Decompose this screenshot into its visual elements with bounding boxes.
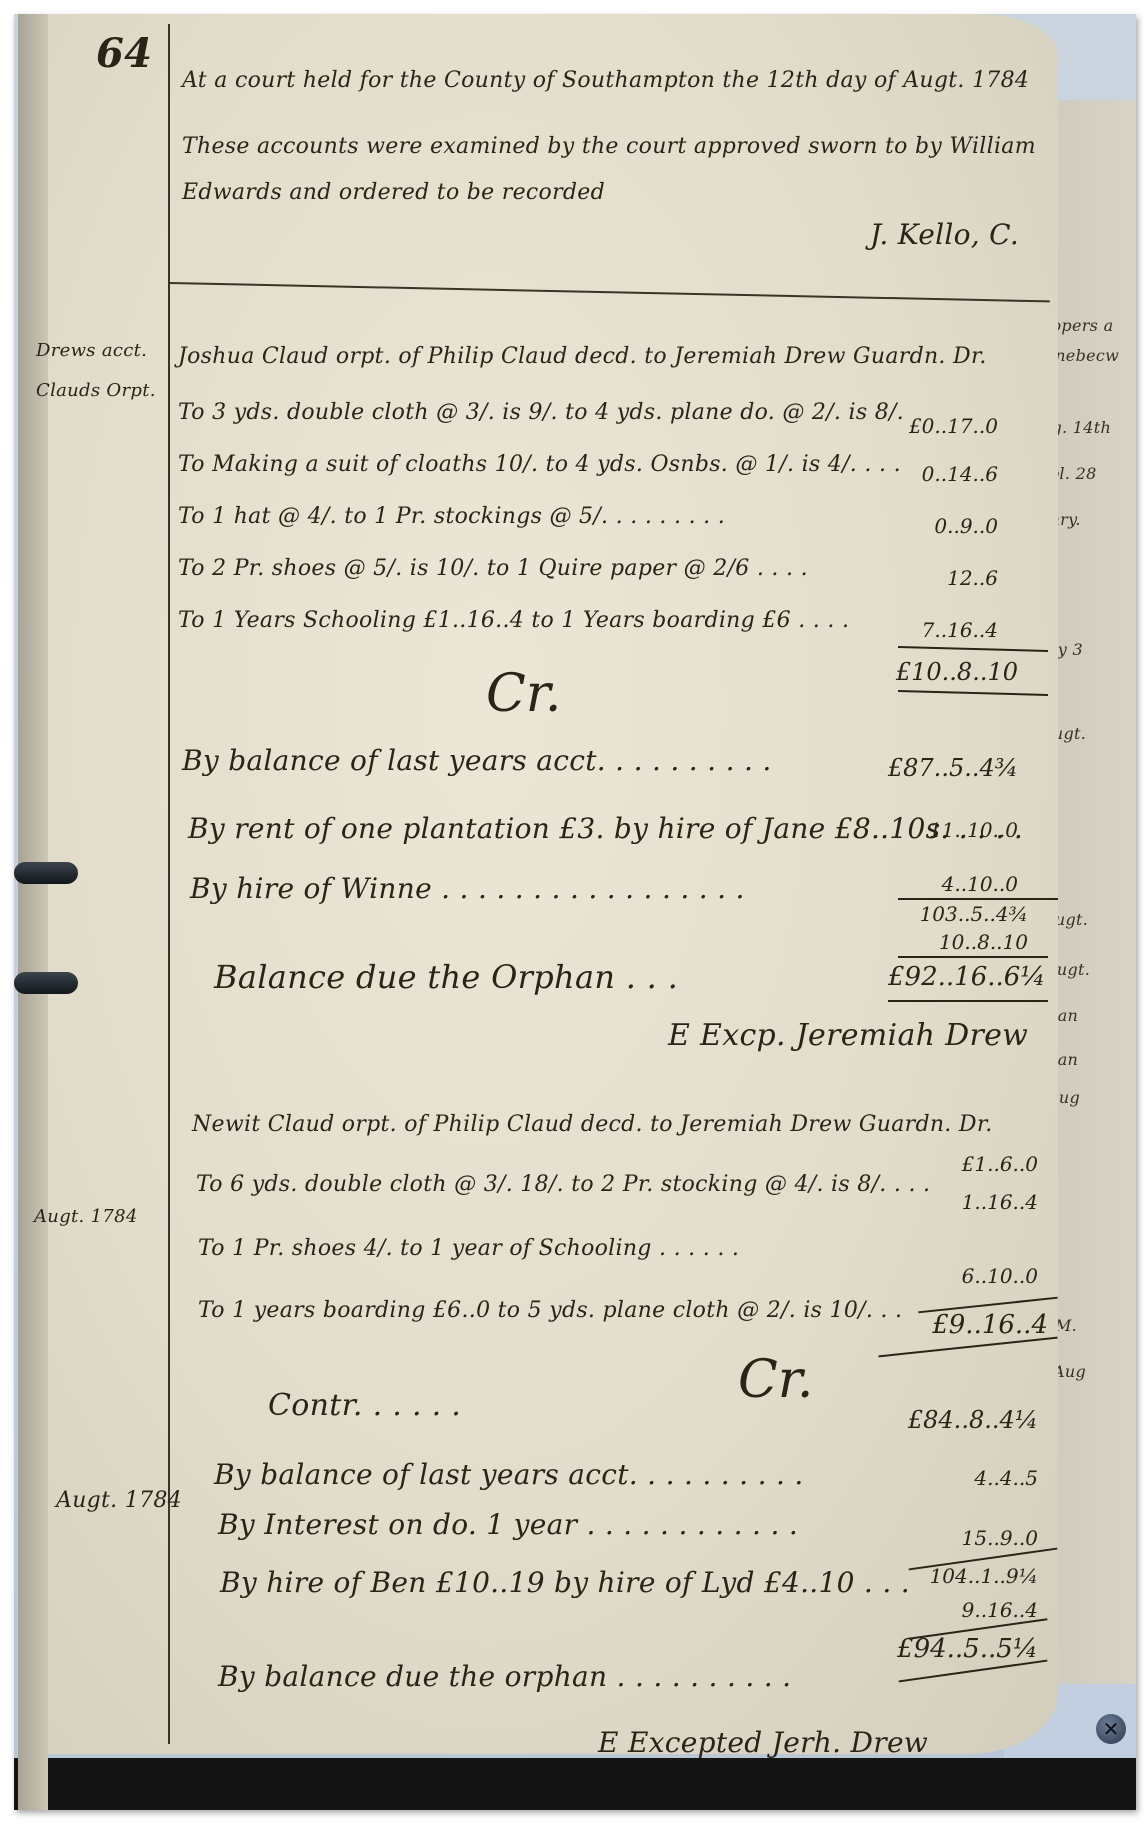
debit-line: To Making a suit of cloaths 10/. to 4 yd… xyxy=(178,452,901,477)
binder-ring xyxy=(14,972,78,994)
sum-rule xyxy=(888,1000,1048,1002)
contra-label: Contr. . . . . . xyxy=(268,1388,461,1423)
debit-amount: 0..14..6 xyxy=(848,462,998,486)
debit-amount: 7..16..4 xyxy=(848,618,998,642)
margin-note: Drews acct. xyxy=(36,340,147,361)
binder-ring xyxy=(14,862,78,884)
header-line: These accounts were examined by the cour… xyxy=(182,134,1036,159)
debit-amount: 12..6 xyxy=(848,566,998,590)
debit-total: £9..16..4 xyxy=(898,1310,1048,1340)
credit-line: By hire of Ben £10..19 by hire of Lyd £4… xyxy=(220,1566,910,1599)
debit-amount: 6..10..0 xyxy=(888,1264,1038,1288)
credit-line: By hire of Winne . . . . . . . . . . . .… xyxy=(190,872,745,905)
signoff: E Excp. Jeremiah Drew xyxy=(668,1018,1028,1053)
header-line: At a court held for the County of Southa… xyxy=(182,68,1029,93)
account-title: Newit Claud orpt. of Philip Claud decd. … xyxy=(192,1112,993,1137)
ledger-page: 64 At a court held for the County of Sou… xyxy=(18,14,1058,1754)
margin-note: Augt. 1784 xyxy=(56,1488,182,1513)
header-divider xyxy=(170,282,1050,302)
photo-frame: Coopers a Kennebecw Aug. 14th Apl. 28 Ja… xyxy=(14,14,1136,1810)
credit-total: 104..1..9¼ xyxy=(888,1564,1038,1588)
header-line: Edwards and ordered to be recorded xyxy=(182,180,605,205)
screw-icon: ✕ xyxy=(1096,1714,1126,1744)
binder-base xyxy=(14,1758,1136,1810)
signoff: E Excepted Jerh. Drew xyxy=(598,1726,928,1759)
credit-line: By balance of last years acct. . . . . .… xyxy=(182,744,772,777)
credit-heading: Cr. xyxy=(486,664,561,724)
debit-amount: 1..16..4 xyxy=(888,1190,1038,1214)
debit-amount: £1..6..0 xyxy=(888,1152,1038,1176)
clerk-signature: J. Kello, C. xyxy=(870,218,1019,251)
credit-line: By balance of last years acct. . . . . .… xyxy=(214,1458,804,1491)
credit-total: 103..5..4¾ xyxy=(878,902,1028,926)
debit-line: To 1 Pr. shoes 4/. to 1 year of Schoolin… xyxy=(198,1236,739,1261)
balance-amount: £94..5..5¼ xyxy=(888,1634,1038,1664)
credit-heading: Cr. xyxy=(738,1350,813,1410)
sum-rule xyxy=(898,898,1058,900)
page-number: 64 xyxy=(96,30,152,77)
balance-label: By balance due the orphan . . . . . . . … xyxy=(218,1660,791,1693)
debit-line: To 1 Years Schooling £1..16..4 to 1 Year… xyxy=(178,608,849,633)
credit-amount: 4..4..5 xyxy=(888,1466,1038,1490)
balance-amount: £92..16..6¼ xyxy=(888,962,1038,992)
credit-amount: £87..5..4¾ xyxy=(868,754,1018,782)
less-amount: 10..8..10 xyxy=(878,930,1028,954)
opening-amount: £84..8..4¼ xyxy=(888,1406,1038,1434)
sum-rule xyxy=(898,690,1048,696)
credit-amount: 11..10..0 xyxy=(868,818,1018,842)
sum-rule xyxy=(898,956,1048,958)
debit-amount: £0..17..0 xyxy=(848,414,998,438)
debit-amount: 0..9..0 xyxy=(848,514,998,538)
debit-line: To 6 yds. double cloth @ 3/. 18/. to 2 P… xyxy=(196,1172,930,1197)
credit-amount: 4..10..0 xyxy=(868,872,1018,896)
margin-note: Clauds Orpt. xyxy=(36,380,156,401)
account-title: Joshua Claud orpt. of Philip Claud decd.… xyxy=(178,344,987,369)
credit-amount: 15..9..0 xyxy=(888,1526,1038,1550)
credit-line: By Interest on do. 1 year . . . . . . . … xyxy=(218,1508,798,1541)
debit-line: To 3 yds. double cloth @ 3/. is 9/. to 4… xyxy=(178,400,904,425)
page-gutter xyxy=(18,14,48,1810)
sum-rule xyxy=(898,646,1048,652)
adjacent-note: M. xyxy=(1055,1316,1077,1335)
debit-total: £10..8..10 xyxy=(868,658,1018,686)
margin-note: Augt. 1784 xyxy=(34,1206,138,1227)
debit-line: To 1 years boarding £6..0 to 5 yds. plan… xyxy=(198,1298,902,1323)
balance-label: Balance due the Orphan . . . xyxy=(214,958,678,996)
less-amount: 9..16..4 xyxy=(888,1598,1038,1622)
debit-line: To 1 hat @ 4/. to 1 Pr. stockings @ 5/. … xyxy=(178,504,725,529)
debit-line: To 2 Pr. shoes @ 5/. is 10/. to 1 Quire … xyxy=(178,556,808,581)
